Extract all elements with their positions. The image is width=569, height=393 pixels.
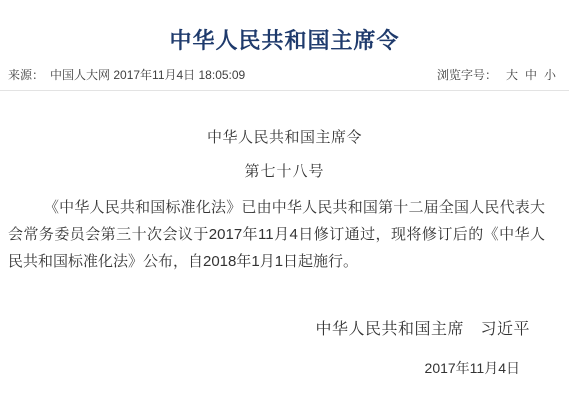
source-info: 来源：中国人大网 2017年11月4日 18:05:09 (8, 68, 245, 82)
font-size-switcher: 浏览字号：大中小 (437, 68, 556, 82)
signature-line: 中华人民共和国主席 习近平 (0, 320, 569, 339)
document-heading: 中华人民共和国主席令 (0, 129, 569, 146)
meta-bar: 来源：中国人大网 2017年11月4日 18:05:09 浏览字号：大中小 (0, 68, 569, 91)
source-label: 来源： (8, 68, 44, 82)
signature-date: 2017年11月4日 (0, 360, 569, 376)
font-size-small-link[interactable]: 小 (544, 68, 556, 82)
article-page: 中华人民共和国主席令 来源：中国人大网 2017年11月4日 18:05:09 … (0, 0, 569, 393)
font-size-large-link[interactable]: 大 (506, 68, 518, 82)
page-title: 中华人民共和国主席令 (0, 0, 569, 55)
source-value: 中国人大网 2017年11月4日 18:05:09 (50, 68, 245, 82)
article-body: 中华人民共和国主席令 第七十八号 《中华人民共和国标准化法》已由中华人民共和国第… (0, 129, 569, 376)
font-size-medium-link[interactable]: 中 (525, 68, 537, 82)
font-size-label: 浏览字号： (437, 68, 497, 82)
document-number: 第七十八号 (0, 163, 569, 180)
document-paragraph: 《中华人民共和国标准化法》已由中华人民共和国第十二届全国人民代表大会常务委员会第… (8, 194, 545, 275)
